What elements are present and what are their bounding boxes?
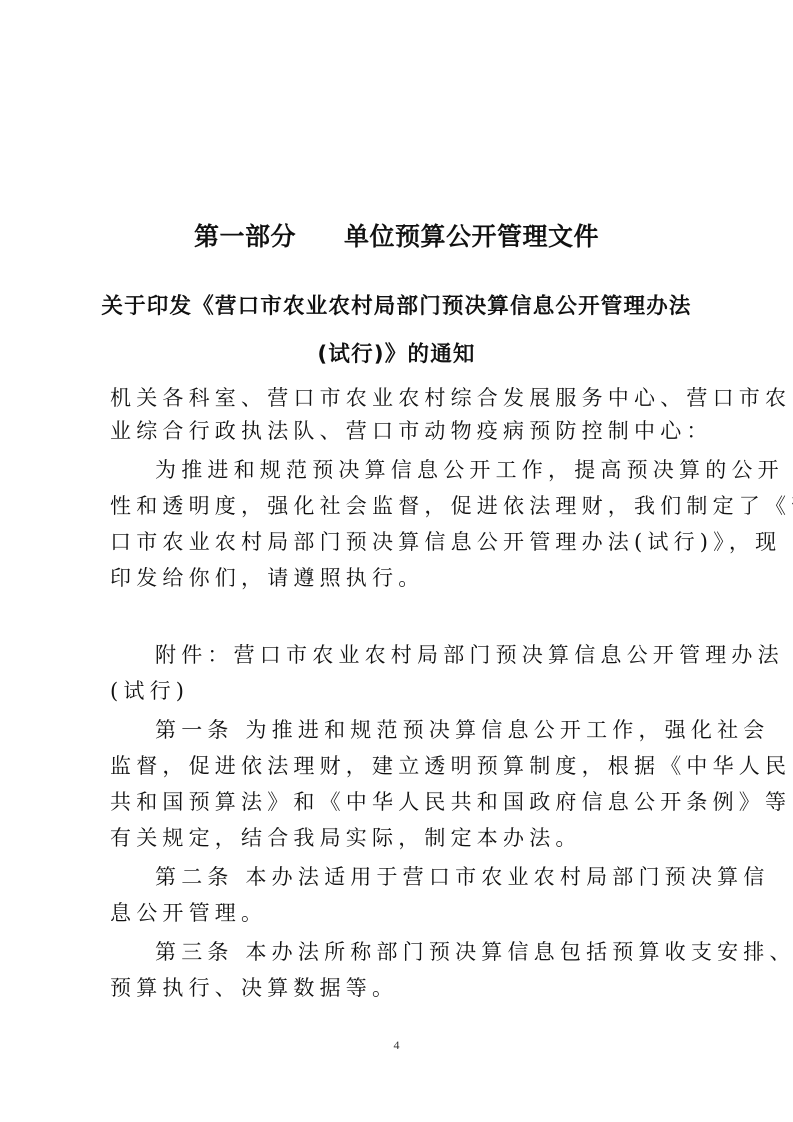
addressee-line-2: 业综合行政执法队、营口市动物疫病预防控制中心： <box>110 416 690 446</box>
article-3-line-2: 预算执行、决算数据等。 <box>110 973 690 1003</box>
part-label: 第一部分 <box>194 222 296 251</box>
attachment-line-1: 附件：营口市农业农村局部门预决算信息公开管理办法 <box>155 640 695 670</box>
part-name: 单位预算公开管理文件 <box>344 222 599 251</box>
body-line-1: 为推进和规范预决算信息公开工作，提高预决算的公开 <box>155 455 695 485</box>
attachment-line-2: (试行) <box>110 676 690 706</box>
page-number: 4 <box>0 1038 793 1053</box>
article-3-line-1: 第三条 本办法所称部门预决算信息包括预算收支安排、 <box>155 937 695 967</box>
article-2-line-1: 第二条 本办法适用于营口市农业农村局部门预决算信 <box>155 862 695 892</box>
notice-title-line-1: 关于印发《营口市农业农村局部门预决算信息公开管理办法 <box>0 292 793 322</box>
article-2-line-2: 息公开管理。 <box>110 898 690 928</box>
article-1-line-3: 共和国预算法》和《中华人民共和国政府信息公开条例》等 <box>110 787 690 817</box>
notice-title-line-2: (试行)》的通知 <box>0 340 793 370</box>
article-1-line-2: 监督，促进依法理财，建立透明预算制度，根据《中华人民 <box>110 751 690 781</box>
article-1-line-1: 第一条 为推进和规范预决算信息公开工作，强化社会 <box>155 715 695 745</box>
body-line-3: 口市农业农村局部门预决算信息公开管理办法(试行)》，现 <box>110 527 690 557</box>
body-line-2: 性和透明度，强化社会监督，促进依法理财，我们制定了《营 <box>110 491 690 521</box>
part-title: 第一部分单位预算公开管理文件 <box>0 220 793 254</box>
addressee-line-1: 机关各科室、营口市农业农村综合发展服务中心、营口市农 <box>110 383 690 413</box>
body-line-4: 印发给你们，请遵照执行。 <box>110 563 690 593</box>
article-1-line-4: 有关规定，结合我局实际，制定本办法。 <box>110 823 690 853</box>
